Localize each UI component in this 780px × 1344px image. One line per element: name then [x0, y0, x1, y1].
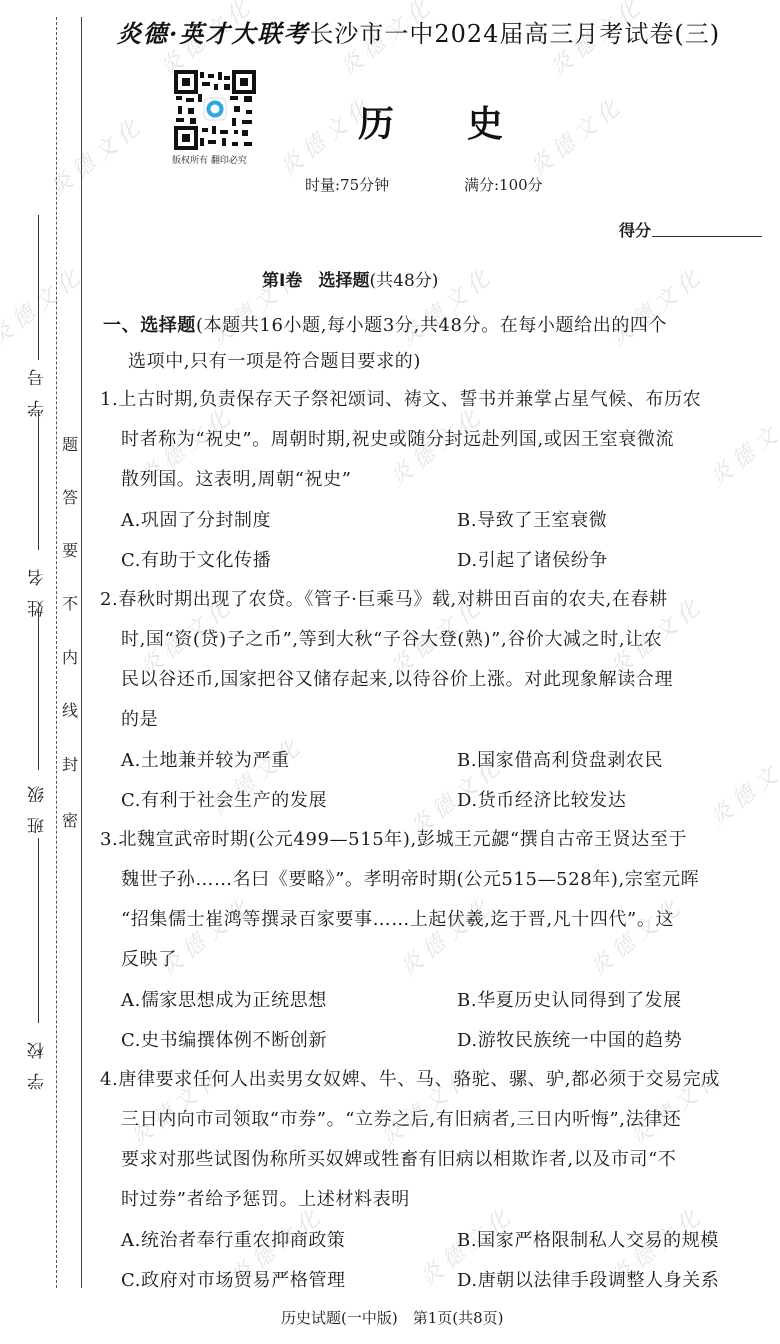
watermark: 炎德文化 — [602, 259, 709, 352]
watermark: 炎德文化 — [392, 889, 499, 982]
option-a[interactable]: A.巩固了分封制度 — [121, 506, 271, 532]
student-id-label: 学号 — [25, 355, 50, 417]
student-id-blank — [38, 215, 39, 360]
qr-caption: 版权所有 翻印必究 — [172, 153, 247, 166]
seal-char: 答 — [60, 485, 80, 508]
time-limit: 时量:75分钟 — [305, 174, 389, 195]
subject-title-char-2: 史 — [467, 96, 503, 147]
option-a[interactable]: A.统治者奉行重农抑商政策 — [121, 1226, 346, 1252]
seal-char: 内 — [60, 645, 80, 668]
option-b[interactable]: B.国家借高利贷盘剥农民 — [457, 746, 663, 772]
watermark: 炎德文化 — [0, 259, 90, 352]
watermark: 炎德文化 — [702, 399, 780, 492]
question-text: 散列国。这表明,周朝“祝史” — [121, 465, 352, 491]
section-heading: 一、选择题(本题共16小题,每小题3分,共48分。在每小题给出的四个 — [103, 311, 667, 337]
seal-char: 封 — [60, 752, 80, 775]
name-blank — [38, 610, 39, 770]
question-text: 3.北魏宣武帝时期(公元499—515年),彭城王元勰“撰自古帝王贤达至于 — [100, 825, 687, 851]
class-label: 班级 — [25, 772, 50, 834]
exam-title: 炎德·英才大联考长沙市一中2024届高三月考试卷(三) — [117, 14, 720, 49]
section-instructions-cont: 选项中,只有一项是符合题目要求的) — [128, 347, 421, 373]
question-text: 2.春秋时期出现了农贷。《管子·巨乘马》载,对耕田百亩的农夫,在春耕 — [100, 585, 668, 611]
option-d[interactable]: D.唐朝以法律手段调整人身关系 — [457, 1266, 720, 1292]
seal-char: 线 — [60, 698, 80, 721]
option-c[interactable]: C.有利于社会生产的发展 — [121, 786, 327, 812]
cut-line-dotted — [56, 17, 57, 1288]
option-d[interactable]: D.游牧民族统一中国的趋势 — [457, 1026, 682, 1052]
subject-title-char-1: 历 — [358, 96, 394, 147]
exam-title-text: 长沙市一中2024届高三月考试卷(三) — [309, 20, 720, 48]
exam-brand: 炎德·英才大联考 — [117, 19, 309, 48]
question-text: 4.唐律要求任何人出卖男女奴婢、牛、马、骆驼、骡、驴,都必须于交易完成 — [100, 1065, 720, 1091]
question-text: 1.上古时期,负责保存天子祭祀颂词、祷文、誓书并兼掌占星气候、布历农 — [100, 385, 701, 411]
option-c[interactable]: C.史书编撰体例不断创新 — [121, 1026, 327, 1052]
watermark: 炎德文化 — [42, 109, 149, 202]
name-label: 姓名 — [25, 555, 50, 617]
seal-char: 要 — [60, 538, 80, 561]
page-footer: 历史试题(一中版) 第1页(共8页) — [281, 1307, 504, 1328]
name-blank-upper — [38, 410, 39, 550]
question-text: 魏世子孙……名曰《要略》”。孝明帝时期(公元515—528年),宗室元晖 — [121, 865, 699, 891]
watermark: 炎德文化 — [702, 739, 780, 832]
score-label: 得分 — [619, 218, 651, 241]
seal-char: 密 — [60, 808, 80, 831]
question-text: 反映了 — [121, 945, 177, 971]
section-label: 一、选择题 — [103, 315, 196, 336]
option-b[interactable]: B.华夏历史认同得到了发展 — [457, 986, 682, 1012]
part-type: 选择题 — [319, 271, 370, 291]
option-d[interactable]: D.引起了诸侯纷争 — [457, 546, 608, 572]
question-text: 三日内向市司领取“市券”。“立券之后,有旧病者,三日内听悔”,法律还 — [121, 1105, 681, 1131]
score-blank[interactable] — [652, 236, 762, 237]
question-text: 时,国“资(贷)子之币”,等到大秋“子谷大登(熟)”,谷价大减之时,让农 — [121, 625, 662, 651]
option-b[interactable]: B.导致了王室衰微 — [457, 506, 607, 532]
question-text: 民以谷还币,国家把谷又储存起来,以待谷价上涨。对此现象解读合理 — [121, 665, 673, 691]
option-c[interactable]: C.有助于文化传播 — [121, 546, 271, 572]
question-text: 时过券”者给予惩罚。上述材料表明 — [121, 1185, 410, 1211]
option-a[interactable]: A.儒家思想成为正统思想 — [121, 986, 327, 1012]
part-title: 第Ⅰ卷 选择题(共48分) — [262, 266, 438, 291]
question-text: 的是 — [121, 705, 158, 731]
part-number: 第Ⅰ卷 — [262, 271, 302, 291]
school-label: 学校 — [25, 1028, 50, 1090]
watermark: 炎德文化 — [522, 89, 629, 182]
qr-code-icon — [174, 70, 256, 150]
full-score: 满分:100分 — [464, 174, 543, 195]
question-text: 时者称为“祝史”。周朝时期,祝史或随分封远赴列国,或因王室衰微流 — [121, 425, 674, 451]
question-text: “招集儒士崔鸿等撰录百家要事……上起伏羲,迄于晋,凡十四代”。这 — [121, 905, 674, 931]
seal-char: 题 — [60, 432, 80, 455]
part-points: (共48分) — [370, 271, 439, 291]
question-text: 要求对那些试图伪称所买奴婢或牲畜有旧病以相欺诈者,以及市司“不 — [121, 1145, 677, 1171]
seal-char: 不 — [60, 591, 80, 614]
class-blank — [38, 838, 39, 1023]
section-instructions: (本题共16小题,每小题3分,共48分。在每小题给出的四个 — [196, 315, 667, 336]
option-c[interactable]: C.政府对市场贸易严格管理 — [121, 1266, 346, 1292]
option-d[interactable]: D.货币经济比较发达 — [457, 786, 627, 812]
margin-line-solid — [81, 17, 82, 1288]
watermark: 炎德文化 — [582, 889, 689, 982]
option-b[interactable]: B.国家严格限制私人交易的规模 — [457, 1226, 719, 1252]
option-a[interactable]: A.土地兼并较为严重 — [121, 746, 290, 772]
